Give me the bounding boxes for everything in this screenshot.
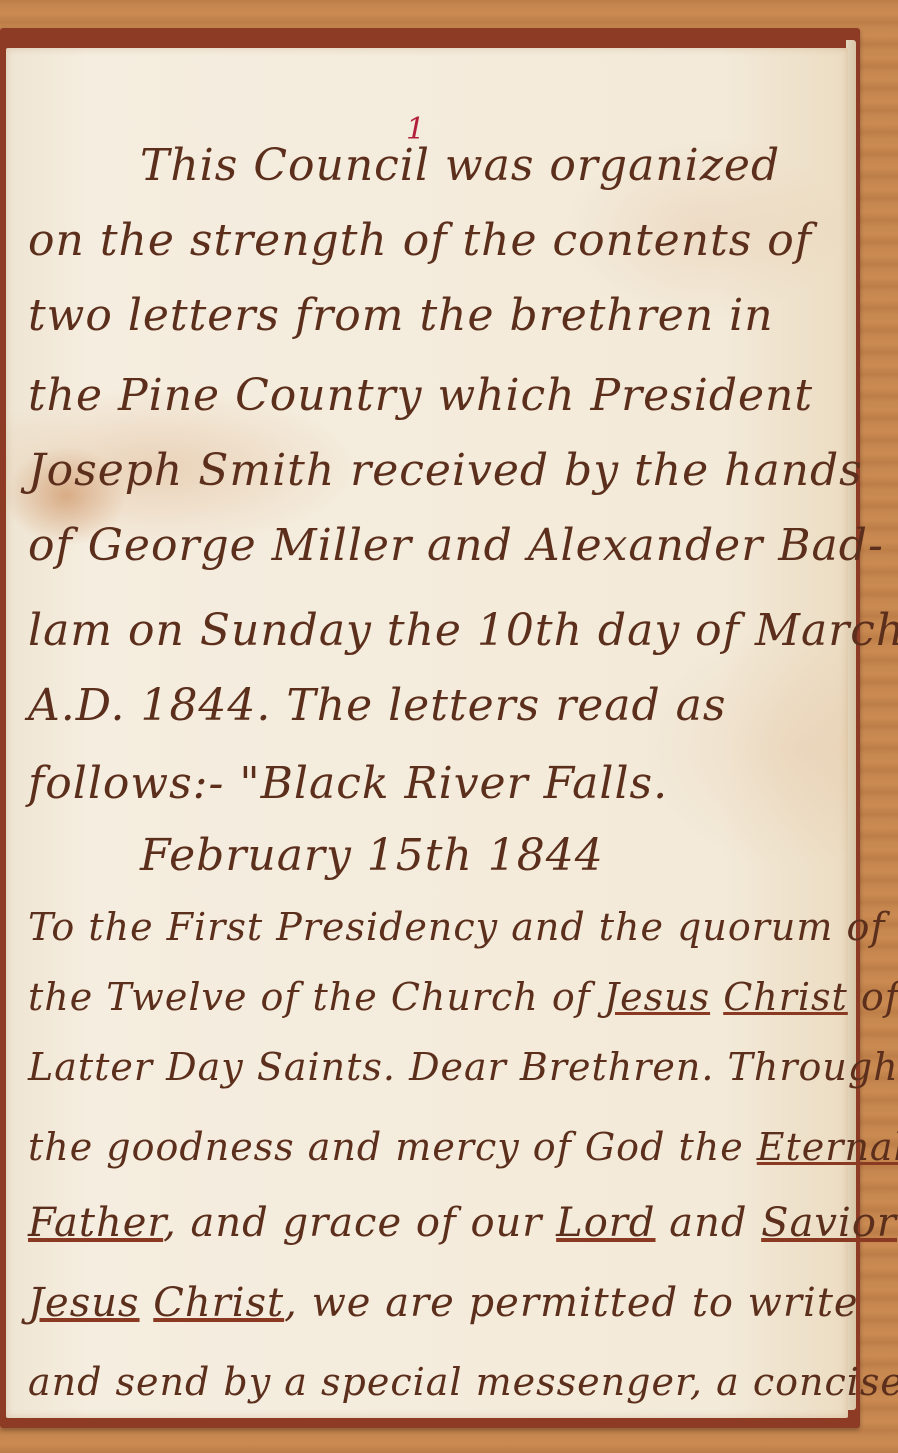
text-line: and send by a special messenger, a conci… [28,1360,898,1404]
text-line: the goodness and mercy of God the Eterna… [28,1125,898,1169]
text-line: two letters from the brethren in [28,290,774,341]
text-line: To the First Presidency and the quorum o… [28,905,885,949]
text-line: Latter Day Saints. Dear Brethren. Throug… [28,1045,898,1089]
text-line: the Pine Country which President [28,370,813,421]
text-line: the Twelve of the Church of Jesus Christ… [28,975,898,1019]
text-line: follows:- "Black River Falls. [28,758,668,809]
text-line: A.D. 1844. The letters read as [28,680,727,731]
text-line: Joseph Smith received by the hands [28,445,863,496]
text-line: Jesus Christ, we are permitted to write [28,1280,859,1326]
text-line: on the strength of the contents of [28,215,812,266]
text-line: February 15th 1844 [140,830,604,881]
text-line: of George Miller and Alexander Bad- [28,520,884,571]
text-line: Father, and grace of our Lord and Savior [28,1200,897,1246]
text-line: lam on Sunday the 10th day of March [28,605,898,656]
text-line: This Council was organized [140,140,780,191]
